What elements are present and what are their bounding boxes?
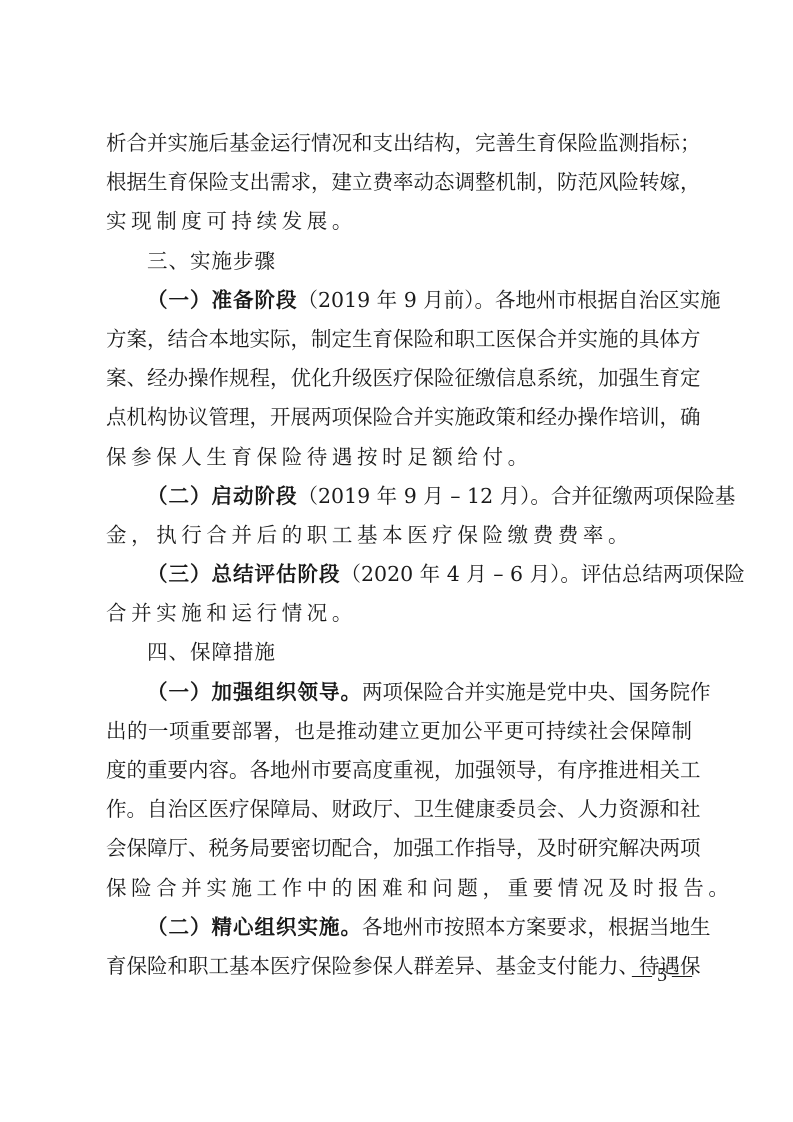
document-body: 析合并实施后基金运行情况和支出结构，完善生育保险监测指标； 根据生育保险支出需求… (106, 124, 692, 986)
paragraph-line: 度的重要内容。各地州市要高度重视，加强领导，有序推进相关工 (106, 751, 692, 790)
paragraph-line: 育保险和职工基本医疗保险参保人群差异、基金支付能力、待遇保 (106, 947, 692, 986)
paragraph-line: 保参保人生育保险待遇按时足额给付。 (106, 438, 692, 477)
subheading-launch-stage: （二）启动阶段 (147, 484, 298, 508)
paragraph-line: 案、经办操作规程，优化升级医疗保险征缴信息系统，加强生育定 (106, 359, 692, 398)
subheading-careful-implementation: （二）精心组织实施。 (147, 915, 362, 939)
paragraph-line: 析合并实施后基金运行情况和支出结构，完善生育保险监测指标； (106, 124, 692, 163)
paragraph-line: 方案，结合本地实际，制定生育保险和职工医保合并实施的具体方 (106, 320, 692, 359)
document-page: 析合并实施后基金运行情况和支出结构，完善生育保险监测指标； 根据生育保险支出需求… (0, 0, 793, 1122)
paragraph-line: 合并实施和运行情况。 (106, 594, 692, 633)
paragraph-line: 出的一项重要部署，也是推动建立更加公平更可持续社会保障制 (106, 712, 692, 751)
section-heading-safeguard-measures: 四、保障措施 (106, 633, 692, 672)
paragraph-line: 作。自治区医疗保障局、财政厅、卫生健康委员会、人力资源和社 (106, 790, 692, 829)
paragraph-text: （2019 年 9 月 – 12 月）。合并征缴两项保险基 (298, 484, 736, 508)
section-heading-implementation-steps: 三、实施步骤 (106, 242, 692, 281)
page-number: — 5 — (612, 962, 692, 988)
paragraph-line: （二）精心组织实施。各地州市按照本方案要求，根据当地生 (106, 908, 692, 947)
paragraph-line: 点机构协议管理，开展两项保险合并实施政策和经办操作培训，确 (106, 398, 692, 437)
paragraph-text: （2020 年 4 月 – 6 月）。评估总结两项保险 (341, 562, 745, 586)
paragraph-line: 保险合并实施工作中的困难和问题，重要情况及时报告。 (106, 869, 692, 908)
paragraph-line: （三）总结评估阶段（2020 年 4 月 – 6 月）。评估总结两项保险 (106, 555, 692, 594)
paragraph-text: 两项保险合并实施是党中央、国务院作 (362, 680, 711, 704)
paragraph-line: （二）启动阶段（2019 年 9 月 – 12 月）。合并征缴两项保险基 (106, 477, 692, 516)
paragraph-line: 金，执行合并后的职工基本医疗保险缴费费率。 (106, 516, 692, 555)
paragraph-line: 根据生育保险支出需求，建立费率动态调整机制，防范风险转嫁， (106, 163, 692, 202)
paragraph-text: （2019 年 9 月前）。各地州市根据自治区实施 (298, 288, 721, 312)
paragraph-line: （一）准备阶段（2019 年 9 月前）。各地州市根据自治区实施 (106, 281, 692, 320)
paragraph-line: 实现制度可持续发展。 (106, 202, 692, 241)
paragraph-line: （一）加强组织领导。两项保险合并实施是党中央、国务院作 (106, 673, 692, 712)
subheading-strengthen-leadership: （一）加强组织领导。 (147, 680, 362, 704)
subheading-evaluation-stage: （三）总结评估阶段 (147, 562, 341, 586)
paragraph-line: 会保障厅、税务局要密切配合，加强工作指导，及时研究解决两项 (106, 829, 692, 868)
paragraph-text: 各地州市按照本方案要求，根据当地生 (362, 915, 711, 939)
subheading-preparation-stage: （一）准备阶段 (147, 288, 298, 312)
